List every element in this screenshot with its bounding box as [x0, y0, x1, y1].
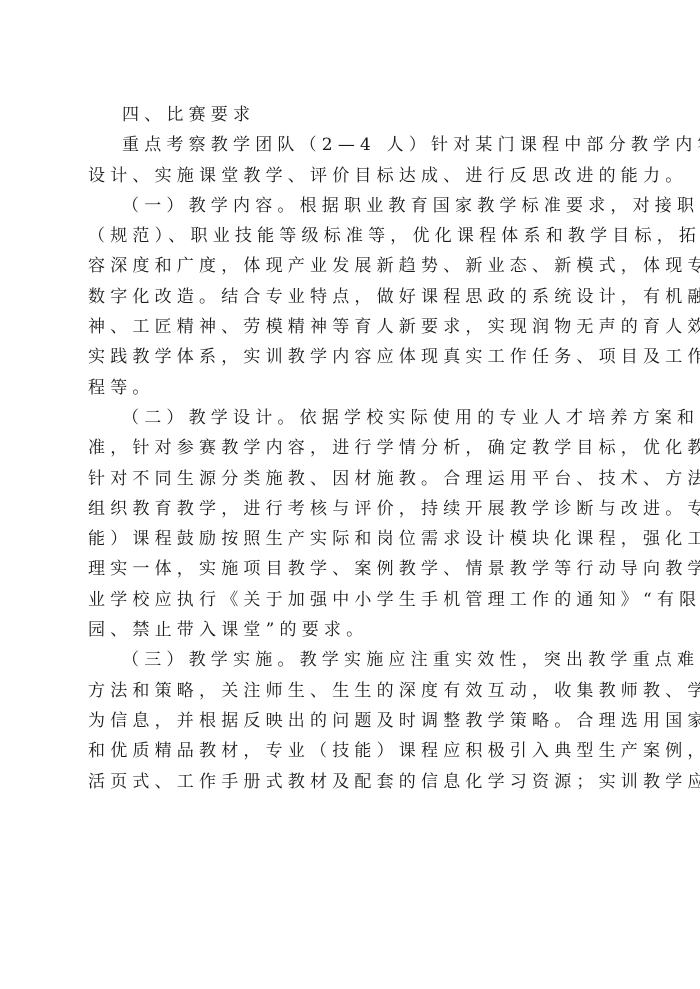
- paragraph-line: （规范）、职业技能等级标准等，优化课程体系和教学目标，拓展教学内: [88, 221, 633, 251]
- paragraph-line: 能）课程鼓励按照生产实际和岗位需求设计模块化课程，强化工学结合、: [88, 524, 633, 554]
- paragraph-line: 活页式、工作手册式教材及配套的信息化学习资源；实训教学应运用虚拟: [88, 767, 633, 797]
- paragraph-line: 和优质精品教材，专业（技能）课程应积极引入典型生产案例，使用新型: [88, 736, 633, 766]
- paragraph-teaching-implementation: （三）教学实施。教学实施应注重实效性，突出教学重点难点的解决 方法和策略，关注师…: [88, 645, 633, 796]
- paragraph-teaching-content: （一）教学内容。根据职业教育国家教学标准要求，对接职业标准 （规范）、职业技能等…: [88, 191, 633, 403]
- paragraph-line: 针对不同生源分类施教、因材施教。合理运用平台、技术、方法和资源等: [88, 464, 633, 494]
- paragraph-line: 重点考察教学团队（2—4 人）针对某门课程中部分教学内容完成教学: [88, 130, 633, 160]
- paragraph-teaching-design: （二）教学设计。依据学校实际使用的专业人才培养方案和课程标 准，针对参赛教学内容…: [88, 403, 633, 645]
- paragraph-line: （一）教学内容。根据职业教育国家教学标准要求，对接职业标准: [88, 191, 633, 221]
- document-body: 四、比赛要求 重点考察教学团队（2—4 人）针对某门课程中部分教学内容完成教学 …: [88, 100, 633, 797]
- paragraph-line: 神、工匠精神、劳模精神等育人新要求，实现润物无声的育人效果。优化: [88, 312, 633, 342]
- paragraph-line: 园、禁止带入课堂”的要求。: [88, 615, 633, 645]
- paragraph-line: 方法和策略，关注师生、生生的深度有效互动，收集教师教、学生学的行: [88, 676, 633, 706]
- paragraph-line: （二）教学设计。依据学校实际使用的专业人才培养方案和课程标: [88, 403, 633, 433]
- paragraph-line: 数字化改造。结合专业特点，做好课程思政的系统设计，有机融入劳动精: [88, 282, 633, 312]
- paragraph-line: 设计、实施课堂教学、评价目标达成、进行反思改进的能力。: [88, 161, 633, 191]
- paragraph-line: 理实一体，实施项目教学、案例教学、情景教学等行动导向教学。中等职: [88, 554, 633, 584]
- paragraph-line: 为信息，并根据反映出的问题及时调整教学策略。合理选用国家规划教材: [88, 706, 633, 736]
- paragraph-line: 程等。: [88, 373, 633, 403]
- paragraph-line: 组织教育教学，进行考核与评价，持续开展教学诊断与改进。专业（技: [88, 494, 633, 524]
- paragraph-intro: 重点考察教学团队（2—4 人）针对某门课程中部分教学内容完成教学 设计、实施课堂…: [88, 130, 633, 191]
- paragraph-line: （三）教学实施。教学实施应注重实效性，突出教学重点难点的解决: [88, 645, 633, 675]
- document-page: 四、比赛要求 重点考察教学团队（2—4 人）针对某门课程中部分教学内容完成教学 …: [0, 0, 700, 989]
- section-heading: 四、比赛要求: [88, 100, 633, 130]
- paragraph-line: 准，针对参赛教学内容，进行学情分析，确定教学目标，优化教学过程。: [88, 433, 633, 463]
- paragraph-line: 容深度和广度，体现产业发展新趋势、新业态、新模式，体现专业升级和: [88, 251, 633, 281]
- paragraph-line: 业学校应执行《关于加强中小学生手机管理工作的通知》“有限带入校: [88, 585, 633, 615]
- paragraph-line: 实践教学体系，实训教学内容应体现真实工作任务、项目及工作流程、过: [88, 342, 633, 372]
